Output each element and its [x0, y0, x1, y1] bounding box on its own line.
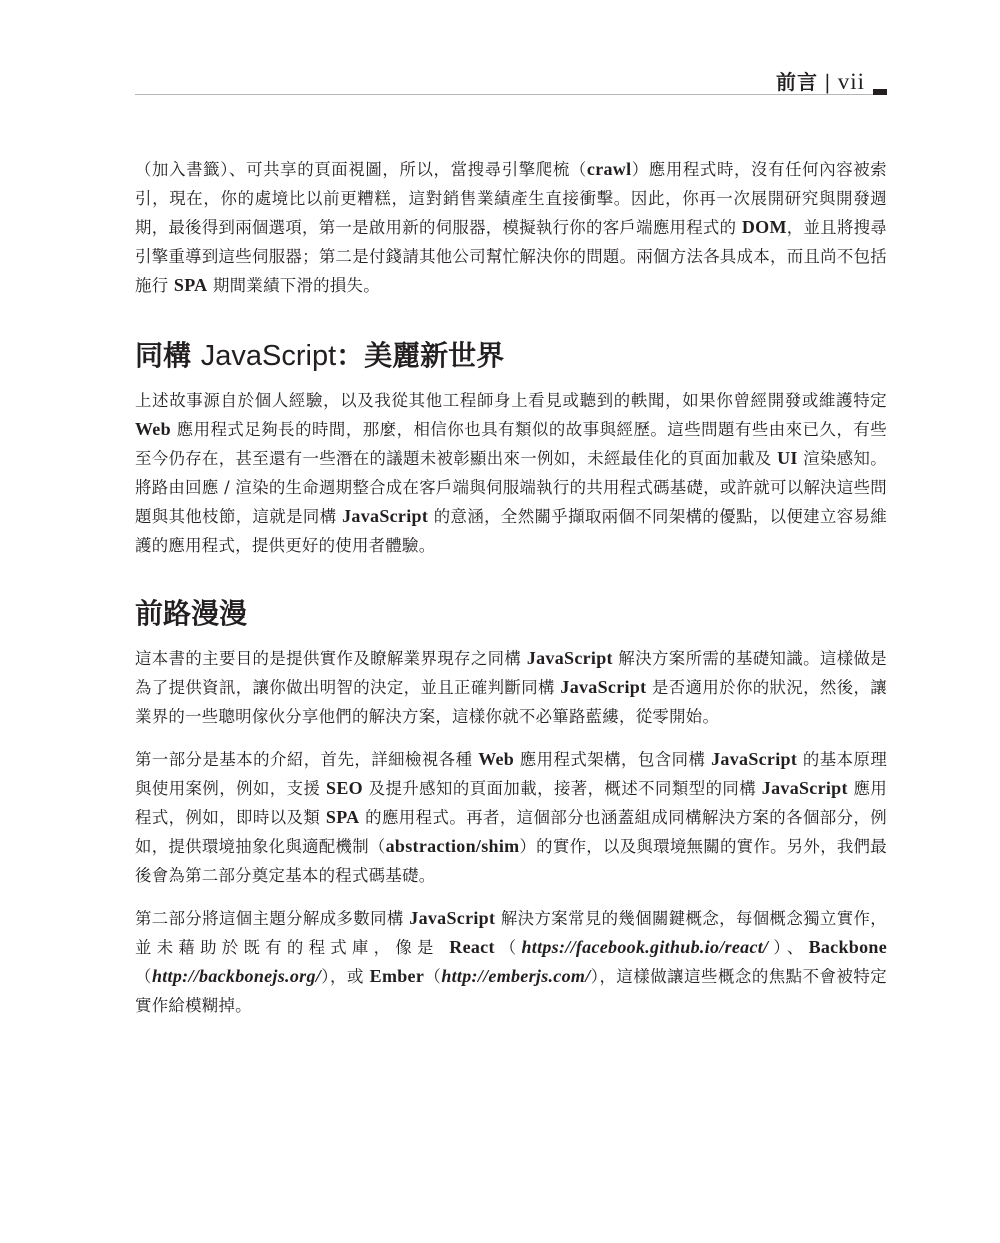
term-abstraction-shim: abstraction/shim	[386, 836, 520, 856]
url-backbone: http://backbonejs.org/	[152, 966, 321, 986]
text-run: 這本書的主要目的是提供實作及瞭解業界現存之同構	[135, 649, 527, 668]
heading-latin: JavaScript	[201, 340, 336, 372]
url-ember: http://emberjs.com/	[441, 966, 590, 986]
text-run: （	[135, 967, 152, 986]
term-dom: DOM	[742, 217, 787, 237]
header-marker	[873, 89, 887, 95]
term-javascript: JavaScript	[560, 677, 646, 697]
intro-paragraph: （加入書籤）、可共享的頁面視圖，所以，當搜尋引擎爬梳（crawl）應用程式時，沒…	[135, 155, 887, 300]
running-header: 前言|vii	[135, 62, 887, 98]
text-run: （	[424, 967, 441, 986]
section-heading-road-ahead: 前路漫漫	[135, 594, 887, 634]
heading-part: ：美麗新世界	[336, 339, 504, 372]
term-spa: SPA	[174, 275, 208, 295]
header-separator: |	[824, 70, 832, 94]
text-run: 期間業績下滑的損失。	[207, 276, 379, 295]
section1-paragraph: 上述故事源自於個人經驗，以及我從其他工程師身上看見或聽到的軼聞，如果你曾經開發或…	[135, 386, 887, 560]
header-text: 前言|vii	[776, 66, 865, 95]
term-web: Web	[478, 749, 514, 769]
text-run: ），或	[321, 967, 370, 986]
paragraph-gap	[135, 890, 887, 904]
page-number: vii	[838, 69, 865, 94]
text-run: 及提升感知的頁面加載，接著，概述不同類型的同構	[363, 779, 762, 798]
section-heading-isomorphic-js: 同構 JavaScript：美麗新世界	[135, 336, 887, 376]
url-react: https://facebook.github.io/react/	[521, 937, 768, 957]
term-backbone: Backbone	[809, 937, 887, 957]
term-javascript: JavaScript	[711, 749, 797, 769]
term-web: Web	[135, 419, 171, 439]
paragraph-gap	[135, 731, 887, 745]
text-run: 應用程式架構，包含同構	[514, 750, 711, 769]
heading-part: 同構	[135, 339, 201, 372]
section2-paragraph-2: 第一部分是基本的介紹，首先，詳細檢視各種 Web 應用程式架構，包含同構 Jav…	[135, 745, 887, 890]
header-rule	[135, 94, 875, 95]
term-crawl: crawl	[587, 159, 631, 179]
term-javascript: JavaScript	[409, 908, 495, 928]
term-javascript: JavaScript	[342, 506, 428, 526]
term-seo: SEO	[326, 778, 363, 798]
text-run: 第二部分將這個主題分解成多數同構	[135, 909, 409, 928]
text-run: 上述故事源自於個人經驗，以及我從其他工程師身上看見或聽到的軼聞，如果你曾經開發或…	[135, 391, 887, 410]
text-run: 第一部分是基本的介紹，首先，詳細檢視各種	[135, 750, 478, 769]
text-run: 應用程式足夠長的時間，那麼，相信你也具有類似的故事與經歷。這些問題有些由來已久，…	[135, 420, 887, 468]
page-content: （加入書籤）、可共享的頁面視圖，所以，當搜尋引擎爬梳（crawl）應用程式時，沒…	[135, 155, 887, 1020]
term-react: React	[449, 937, 494, 957]
term-javascript: JavaScript	[527, 648, 613, 668]
text-run: （	[495, 938, 522, 957]
chapter-name: 前言	[776, 70, 818, 94]
text-run: （加入書籤）、可共享的頁面視圖，所以，當搜尋引擎爬梳（	[135, 160, 587, 179]
term-ui: UI	[777, 448, 798, 468]
term-javascript: JavaScript	[762, 778, 848, 798]
term-spa: SPA	[326, 807, 360, 827]
section2-paragraph-3: 第二部分將這個主題分解成多數同構 JavaScript 解決方案常見的幾個關鍵概…	[135, 904, 887, 1020]
text-run: ）、	[768, 938, 808, 957]
term-ember: Ember	[370, 966, 425, 986]
section2-paragraph-1: 這本書的主要目的是提供實作及瞭解業界現存之同構 JavaScript 解決方案所…	[135, 644, 887, 731]
